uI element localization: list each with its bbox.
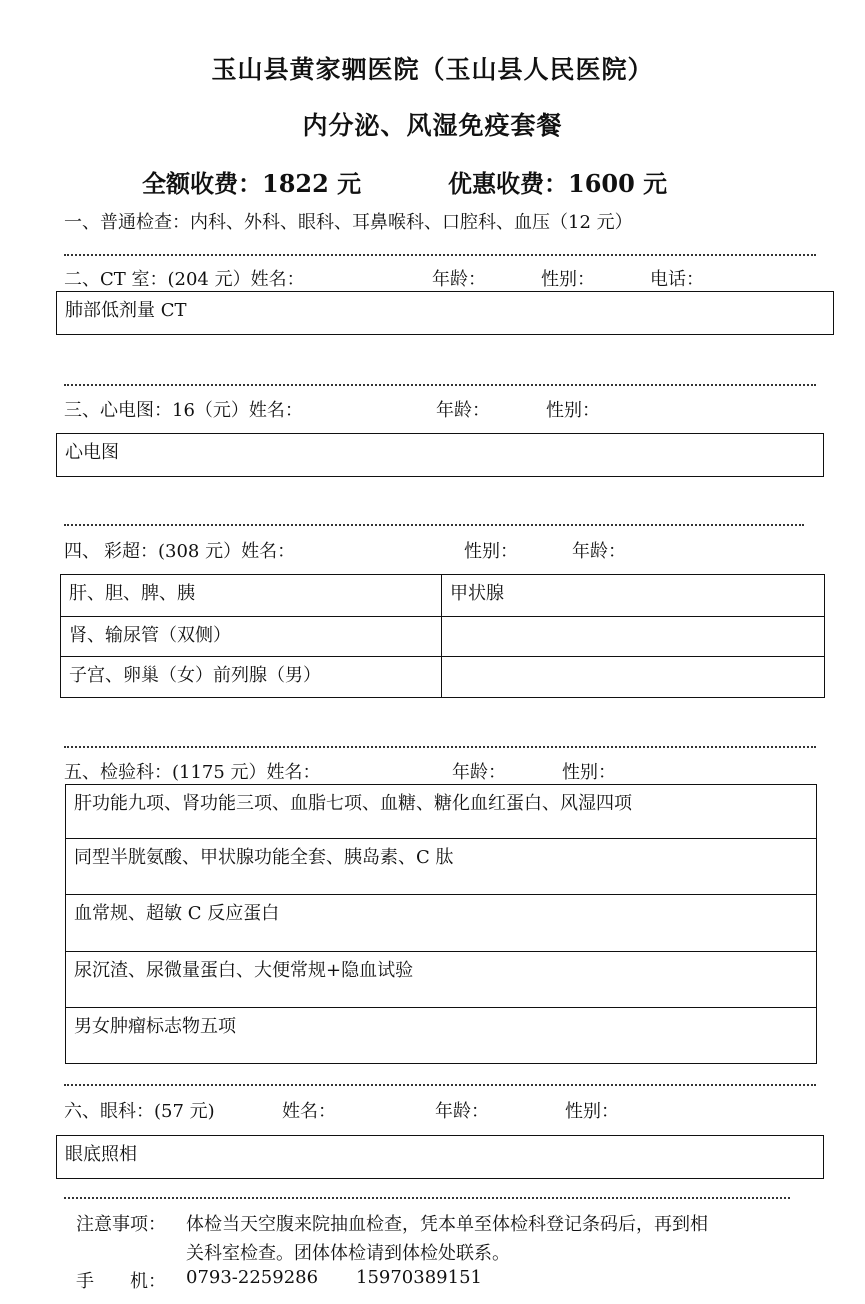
- lab-heading: 五、检验科：(1175 元）姓名：: [64, 758, 321, 784]
- table-cell: 甲状腺: [442, 575, 825, 617]
- general-exam-heading: 一、普通检查：内科、外科、眼科、耳鼻喉科、口腔科、血压（12 元）: [64, 208, 633, 234]
- notice-label: 注意事项：: [76, 1210, 166, 1236]
- package-title: 内分泌、风湿免疫套餐: [0, 106, 865, 142]
- eye-item: 眼底照相: [65, 1144, 137, 1165]
- discount-price: 优惠收费：1600 元: [448, 164, 667, 199]
- table-cell: 肾、输尿管（双侧）: [61, 617, 442, 657]
- hospital-title: 玉山县黄家驷医院（玉山县人民医院）: [0, 50, 865, 86]
- ct-item-box: 肺部低剂量 CT: [56, 291, 834, 335]
- eye-name-label: 姓名：: [282, 1097, 336, 1123]
- cut-line: [64, 746, 816, 748]
- table-cell: 子宫、卵巢（女）前列腺（男）: [61, 657, 442, 698]
- table-cell: 尿沉渣、尿微量蛋白、大便常规+隐血试验: [66, 952, 817, 1008]
- lab-age-label: 年龄：: [452, 758, 506, 784]
- eye-heading: 六、眼科：(57 元): [64, 1097, 215, 1123]
- table-cell: [442, 657, 825, 698]
- ultrasound-heading-num: 四、: [64, 537, 100, 563]
- phone-number-2: 15970389151: [356, 1267, 482, 1288]
- ecg-item: 心电图: [65, 442, 119, 463]
- eye-age-label: 年龄：: [435, 1097, 489, 1123]
- cut-line: [64, 384, 816, 386]
- table-cell: [442, 617, 825, 657]
- cut-line: [64, 1197, 790, 1199]
- ct-gender-label: 性别：: [541, 265, 595, 291]
- notice-line-1: 体检当天空腹来院抽血检查，凭本单至体检科登记条码后，再到相: [186, 1210, 708, 1236]
- table-row: 肝、胆、脾、胰 甲状腺: [61, 575, 825, 617]
- ecg-heading: 三、心电图：16（元）姓名：: [64, 396, 303, 422]
- phone-label: 手 机：: [76, 1267, 166, 1293]
- table-cell: 肝功能九项、肾功能三项、血脂七项、血糖、糖化血红蛋白、风湿四项: [66, 785, 817, 839]
- table-row: 同型半胱氨酸、甲状腺功能全套、胰岛素、C 肽: [66, 839, 817, 895]
- table-cell: 肝、胆、脾、胰: [61, 575, 442, 617]
- cut-line: [64, 254, 816, 256]
- ct-item: 肺部低剂量 CT: [65, 300, 187, 321]
- table-row: 子宫、卵巢（女）前列腺（男）: [61, 657, 825, 698]
- ultrasound-age-label: 年龄：: [572, 537, 626, 563]
- lab-gender-label: 性别：: [562, 758, 616, 784]
- cut-line: [64, 524, 804, 526]
- ct-heading: 二、CT 室：(204 元）姓名：: [64, 265, 305, 291]
- phone-number-1: 0793-2259286: [186, 1267, 318, 1288]
- ultrasound-gender-label: 性别：: [464, 537, 518, 563]
- table-row: 尿沉渣、尿微量蛋白、大便常规+隐血试验: [66, 952, 817, 1008]
- lab-table: 肝功能九项、肾功能三项、血脂七项、血糖、糖化血红蛋白、风湿四项 同型半胱氨酸、甲…: [65, 784, 817, 1064]
- cut-line: [64, 1084, 816, 1086]
- ecg-age-label: 年龄：: [436, 396, 490, 422]
- ct-phone-label: 电话：: [650, 265, 704, 291]
- full-price: 全额收费：1822 元: [142, 164, 361, 199]
- ultrasound-heading: 彩超：(308 元）姓名：: [104, 537, 295, 563]
- table-cell: 同型半胱氨酸、甲状腺功能全套、胰岛素、C 肽: [66, 839, 817, 895]
- table-row: 肾、输尿管（双侧）: [61, 617, 825, 657]
- ct-age-label: 年龄：: [432, 265, 486, 291]
- ecg-gender-label: 性别：: [546, 396, 600, 422]
- ultrasound-table: 肝、胆、脾、胰 甲状腺 肾、输尿管（双侧） 子宫、卵巢（女）前列腺（男）: [60, 574, 825, 698]
- eye-gender-label: 性别：: [565, 1097, 619, 1123]
- table-row: 肝功能九项、肾功能三项、血脂七项、血糖、糖化血红蛋白、风湿四项: [66, 785, 817, 839]
- ecg-item-box: 心电图: [56, 433, 824, 477]
- table-row: 男女肿瘤标志物五项: [66, 1008, 817, 1064]
- table-cell: 血常规、超敏 C 反应蛋白: [66, 895, 817, 952]
- table-cell: 男女肿瘤标志物五项: [66, 1008, 817, 1064]
- notice-line-2: 关科室检查。团体体检请到体检处联系。: [186, 1239, 510, 1265]
- eye-item-box: 眼底照相: [56, 1135, 824, 1179]
- table-row: 血常规、超敏 C 反应蛋白: [66, 895, 817, 952]
